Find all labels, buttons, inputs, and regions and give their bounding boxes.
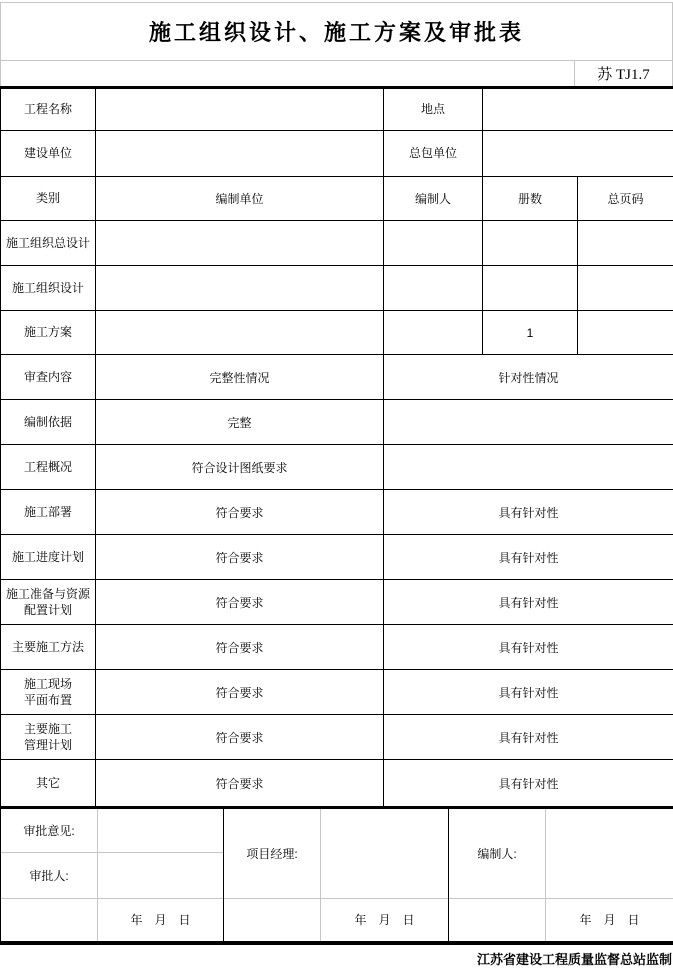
completeness-cell: 符合要求 [96,490,384,535]
approval-section: 审批意见: 项目经理: 编制人: 审批人: 年 月 日 年 月 日 年 月 日 [0,809,673,945]
unit-field[interactable] [96,266,384,311]
row-label-construction-plan: 施工方案 [1,311,96,355]
approval-opinion-field[interactable] [98,809,224,852]
completeness-cell: 符合要求 [96,580,384,625]
row-label-site-layout: 施工现场 平面布置 [1,670,96,715]
review-header-label: 审查内容 [1,355,96,400]
row-label-management-plan: 主要施工 管理计划 [1,715,96,760]
row-label-main-methods: 主要施工方法 [1,625,96,670]
approval-date-field[interactable]: 年 月 日 [98,898,224,943]
pm-date-field[interactable]: 年 月 日 [321,898,449,943]
compiling-unit-header: 编制单位 [96,177,384,221]
table-row: 施工组织设计 [1,266,673,311]
category-header-label: 类别 [1,177,96,221]
pages-field[interactable] [578,266,673,311]
table-row: 施工方案 1 [1,311,673,355]
form-code: 苏 TJ1.7 [574,61,672,86]
completeness-cell: 符合设计图纸要求 [96,445,384,490]
date-spacer-cell [1,898,98,943]
table-row: 施工组织总设计 [1,221,673,266]
approval-opinion-label: 审批意见: [1,809,98,852]
code-row: 苏 TJ1.7 [0,60,673,86]
location-field[interactable] [483,88,673,131]
project-manager-signature-field[interactable] [321,809,449,898]
table-row: 审批意见: 项目经理: 编制人: [1,809,673,852]
table-row: 年 月 日 年 月 日 年 月 日 [1,898,673,943]
table-row: 施工进度计划 符合要求 具有针对性 [1,535,673,580]
date-spacer-cell [449,898,546,943]
row-label-basis: 编制依据 [1,400,96,445]
completeness-cell: 完整 [96,400,384,445]
approver-signature-field[interactable] [98,852,224,898]
approval-form-page: 施工组织设计、施工方案及审批表 苏 TJ1.7 工程名称 地点 建设单位 总包单… [0,2,673,968]
volumes-header: 册数 [483,177,578,221]
completeness-cell: 符合要求 [96,535,384,580]
pages-field[interactable] [578,311,673,355]
form-title: 施工组织设计、施工方案及审批表 [149,16,524,47]
total-pages-header: 总页码 [578,177,673,221]
relevance-cell: 具有针对性 [384,715,673,760]
title-block: 施工组织设计、施工方案及审批表 [0,2,673,60]
table-row: 其它 符合要求 具有针对性 [1,760,673,808]
table-row: 主要施工方法 符合要求 具有针对性 [1,625,673,670]
table-row: 建设单位 总包单位 [1,131,673,177]
pages-field[interactable] [578,221,673,266]
person-field[interactable] [384,311,483,355]
person-field[interactable] [384,221,483,266]
general-contractor-label: 总包单位 [384,131,483,177]
relevance-header: 针对性情况 [384,355,673,400]
row-label-other: 其它 [1,760,96,808]
supervising-authority-footer: 江苏省建设工程质量监督总站监制 [0,945,673,971]
table-row: 施工现场 平面布置 符合要求 具有针对性 [1,670,673,715]
builder-field[interactable] [96,131,384,177]
row-label-org-design: 施工组织设计 [1,266,96,311]
row-label-schedule: 施工进度计划 [1,535,96,580]
unit-field[interactable] [96,311,384,355]
table-row: 施工部署 符合要求 具有针对性 [1,490,673,535]
completeness-header: 完整性情况 [96,355,384,400]
table-row: 主要施工 管理计划 符合要求 具有针对性 [1,715,673,760]
compiler-header: 编制人 [384,177,483,221]
general-contractor-field[interactable] [483,131,673,177]
relevance-cell: 具有针对性 [384,535,673,580]
row-label-resource-plan: 施工准备与资源 配置计划 [1,580,96,625]
project-name-label: 工程名称 [1,88,96,131]
volumes-field[interactable]: 1 [483,311,578,355]
builder-label: 建设单位 [1,131,96,177]
row-label-deployment: 施工部署 [1,490,96,535]
volumes-field[interactable] [483,266,578,311]
table-row: 工程名称 地点 [1,88,673,131]
relevance-cell: 具有针对性 [384,625,673,670]
relevance-cell: 具有针对性 [384,580,673,625]
date-spacer-cell [224,898,321,943]
completeness-cell: 符合要求 [96,760,384,808]
relevance-cell: 具有针对性 [384,490,673,535]
completeness-cell: 符合要求 [96,670,384,715]
category-header-row: 类别 编制单位 编制人 册数 总页码 [1,177,673,221]
table-row: 施工准备与资源 配置计划 符合要求 具有针对性 [1,580,673,625]
completeness-cell: 符合要求 [96,625,384,670]
completeness-cell: 符合要求 [96,715,384,760]
approver-label: 审批人: [1,852,98,898]
row-label-general-org-design: 施工组织总设计 [1,221,96,266]
review-header-row: 审查内容 完整性情况 针对性情况 [1,355,673,400]
compiler-date-field[interactable]: 年 月 日 [546,898,673,943]
table-row: 编制依据 完整 [1,400,673,445]
table-row: 工程概况 符合设计图纸要求 [1,445,673,490]
project-manager-label: 项目经理: [224,809,321,898]
compiler-label: 编制人: [449,809,546,898]
relevance-cell [384,400,673,445]
relevance-cell: 具有针对性 [384,670,673,715]
location-label: 地点 [384,88,483,131]
unit-field[interactable] [96,221,384,266]
relevance-cell [384,445,673,490]
project-name-field[interactable] [96,88,384,131]
row-label-overview: 工程概况 [1,445,96,490]
compiler-signature-field[interactable] [546,809,673,898]
volumes-field[interactable] [483,221,578,266]
main-table: 工程名称 地点 建设单位 总包单位 类别 编制单位 编制人 册数 总页码 施工组… [0,86,673,809]
relevance-cell: 具有针对性 [384,760,673,808]
person-field[interactable] [384,266,483,311]
